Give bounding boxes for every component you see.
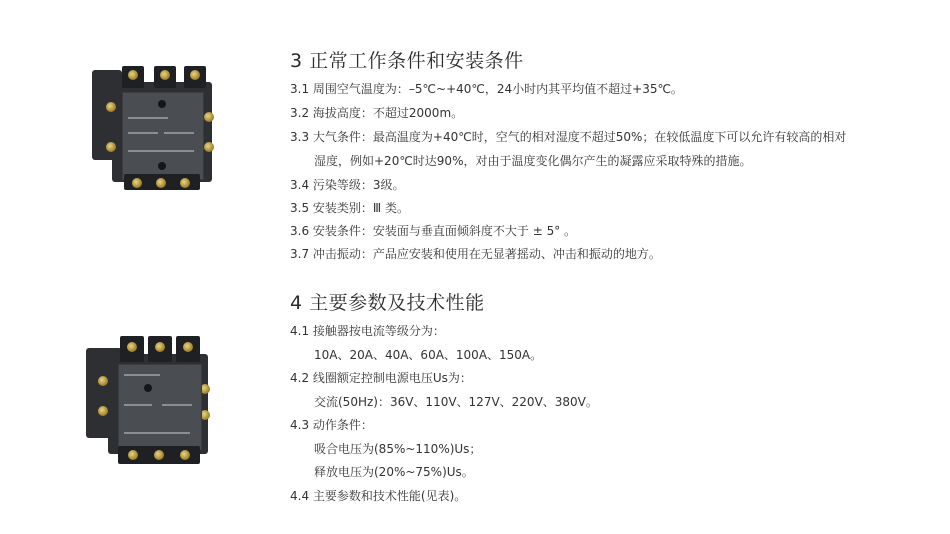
section-4-item-3-pickup: 吸合电压为(85%~110%)Us；: [314, 441, 481, 457]
section-3-item-1: 3.1 周围空气温度为：–5℃~+40℃，24小时内其平均值不超过+35℃。: [290, 81, 683, 97]
section-4-item-4: 4.4 主要参数和技术性能(见表)。: [290, 488, 466, 504]
section-3-item-2: 3.2 海拔高度：不超过2000m。: [290, 105, 463, 121]
section-3-item-7: 3.7 冲击振动：产品应安装和使用在无显著摇动、冲击和振动的地方。: [290, 246, 661, 262]
section-4-item-3: 4.3 动作条件：: [290, 417, 373, 433]
section-3-item-3-cont: 湿度，例如+20℃时达90%，对由于温度变化偶尔产生的凝露应采取特殊的措施。: [314, 153, 751, 169]
contactor-product-image-2: [86, 334, 216, 464]
section-3-title: 3 正常工作条件和安装条件: [290, 46, 524, 73]
section-3-item-5: 3.5 安装类别：Ⅲ 类。: [290, 200, 409, 216]
section-3-item-6: 3.6 安装条件：安装面与垂直面倾斜度不大于 ± 5° 。: [290, 223, 576, 239]
section-3-item-4: 3.4 污染等级：3级。: [290, 177, 405, 193]
section-4-item-3-release: 释放电压为(20%~75%)Us。: [314, 464, 474, 480]
section-4-title: 4 主要参数及技术性能: [290, 288, 485, 315]
contactor-product-image-1: [92, 62, 222, 192]
section-4-item-2: 4.2 线圈额定控制电源电压Us为：: [290, 370, 472, 386]
section-4-item-1: 4.1 接触器按电流等级分为：: [290, 323, 445, 339]
section-4-item-2-values: 交流(50Hz)：36V、110V、127V、220V、380V。: [314, 394, 598, 410]
section-4-item-1-values: 10A、20A、40A、60A、100A、150A。: [314, 347, 542, 363]
section-3-item-3: 3.3 大气条件：最高温度为+40℃时，空气的相对湿度不超过50%；在较低温度下…: [290, 129, 846, 145]
